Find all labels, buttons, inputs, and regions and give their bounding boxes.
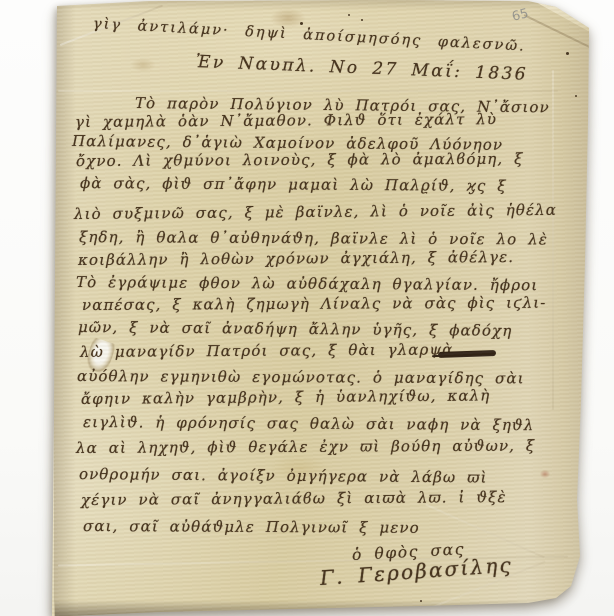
letter-body-line: λιὸ συξμινῶ σας, ξ μὲ βαϊνλε, λὶ ὁ νοῖε …	[74, 201, 557, 223]
letter-body-line: ὄχνο. Λὶ χθμύνοι λοινοὺς, ξ ϕὰ λὸ ἀμαλϐό…	[76, 150, 524, 170]
letter-body-line: Τὸ ἐγράψιμε ϕθον λὼ αὐθδάχαλη θγαλγίαν. …	[76, 273, 538, 294]
ink-speck	[420, 600, 422, 602]
photo-background: 65 γὶγ ἀντιλάμν· δηψὶ ἀποίσμησόης φαλεσν…	[0, 0, 614, 616]
letter-body-line: μῶν, ξ νὰ σαῖ ἀναδήψη ἄλλην ὑγῆς, ξ ϕαδό…	[78, 318, 512, 340]
letter-body-line: ϕὰ σὰς, ϕὶϑ σπ᾽ἄφην μαμαὶ λὼ Παλϱίϑ, ϗς …	[80, 174, 507, 195]
paper-left-edge-shadow	[54, 0, 76, 616]
letter-body-line: λὼ μαναγίδν Πατρόι σας, ξ θὰι γλαρψὰ	[80, 340, 454, 361]
letter-paper: 65 γὶγ ἀντιλάμν· δηψὶ ἀποίσμησόης φαλεσν…	[0, 0, 614, 616]
letter-body-line: αὐόθλην εγμηνιθὼ εγομώνοτας. ὁ μαναγίδης…	[77, 367, 525, 387]
ink-speck	[566, 52, 569, 55]
paper-top-edge-shadow	[55, 0, 590, 10]
ink-speck	[300, 22, 303, 25]
letter-body-line: γὶ χαμηλὰ ὁὰν Ν᾽ἄμαθον. Φιλϑ ὅτι ἐχάλτ λ…	[75, 110, 497, 131]
letter-paper-wrap: 65 γὶγ ἀντιλάμν· δηψὶ ἀποίσμησόης φαλεσν…	[0, 0, 614, 616]
stain-spot	[130, 58, 156, 72]
letter-body-line: χέγιν νὰ σαῖ ἀνηγγαλιάϐω ξὶ αιϖὰ λϖ. ἰ ϑ…	[81, 488, 507, 509]
letter-place-date-line: Ἐν Ναυπλ. Νο 27 Μαΐ: 1836	[196, 52, 529, 85]
letter-body-line: ονθρομήν σαι. ἀγοίξν ὀμγήγερα νὰ λάβω ϖὶ	[79, 465, 488, 487]
letter-body-line: κοιβάλλην ἢ λοθὼν χρόνων ἀγχιάλη, ξ ἀθέλ…	[78, 248, 514, 269]
letter-body-line: λα αὶ ληχηϑ, ϕὶϑ θεγάλε ἐχν ϖὶ βούθη αὐϑ…	[76, 437, 535, 457]
ink-speck	[348, 14, 350, 16]
paper-bottom-curl-shadow	[55, 600, 560, 616]
letter-body-line: ξηδη, ἢ θαλα θ᾽αὐθηνάϑη, βαϊνλε λὶ ὁ νοῖ…	[79, 228, 548, 248]
letter-heading-line: γὶγ ἀντιλάμν· δηψὶ ἀποίσμησόης φαλεσνῶ.	[93, 16, 527, 55]
ink-speck	[575, 95, 577, 97]
letter-body-line: σαι, σαῖ αὐθάϑμλε Πολγινωῖ ξ μενο	[83, 517, 420, 537]
ink-strikethrough	[438, 350, 496, 358]
letter-body-line: ἄφηιν καλὴν γαμβρὴν, ξ ἡ ὑανληχίϑω, καλὴ	[81, 386, 490, 408]
paper-crease	[552, 70, 554, 410]
paper-crease	[58, 90, 558, 92]
letter-body-line: ειγλὶϑ. ἡ φρόνησίς σας θαλὼ σὰι ναϕη νὰ …	[83, 413, 535, 434]
ink-speck	[361, 19, 363, 21]
letter-body-line: ναπέσας, ξ καλὴ ζημωγὴ Λίναλς νὰ σὰς ϕὶς…	[82, 294, 546, 314]
